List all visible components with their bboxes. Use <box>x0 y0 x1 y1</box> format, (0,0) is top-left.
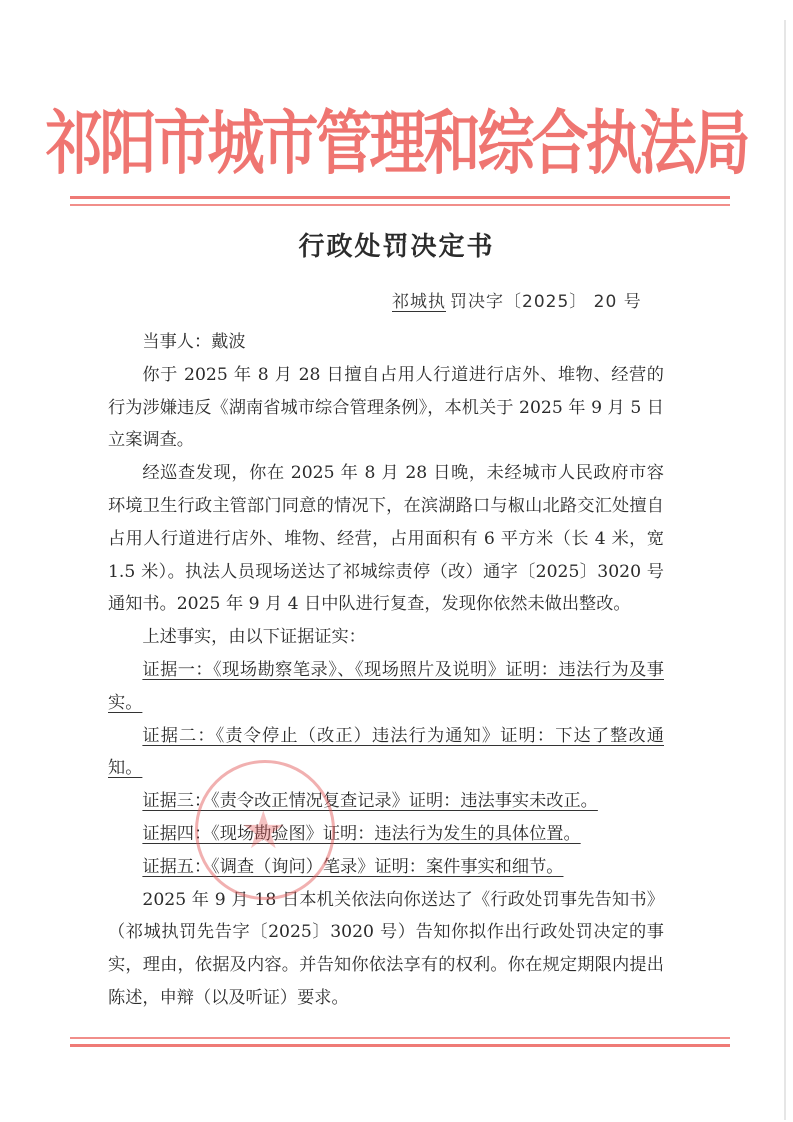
paragraph-facts: 经巡查发现，你在 2025 年 8 月 28 日晚，未经城市人民政府市容环境卫生… <box>108 457 664 621</box>
document-number-prefix: 祁城执 <box>388 292 450 312</box>
evidence-item: 证据三：《责令改正情况复查记录》证明：违法事实未改正。 <box>108 785 664 818</box>
evidence-item: 证据一：《现场勘察笔录》、《现场照片及说明》证明：违法行为及事实。 <box>108 654 664 720</box>
organization-header: 祁阳市城市管理和综合执法局 <box>0 100 793 188</box>
header-rule-bottom <box>70 204 730 206</box>
paragraph-prior-notice: 2025 年 9 月 18 日本机关依法向你送达了《行政处罚事先告知书》（祁城执… <box>108 884 664 1015</box>
footer-rule-bottom <box>70 1044 730 1047</box>
evidence-item: 证据四：《现场勘验图》证明：违法行为发生的具体位置。 <box>108 818 664 851</box>
document-page: 祁阳市城市管理和综合执法局 行政处罚决定书 祁城执罚决字〔2025〕 20 号 … <box>0 0 793 1122</box>
document-title: 行政处罚决定书 <box>0 226 793 263</box>
footer-rule-top <box>70 1037 730 1039</box>
party-line: 当事人：戴波 <box>108 326 664 359</box>
paragraph-evidence-intro: 上述事实，由以下证据证实： <box>108 621 664 654</box>
document-number-rest: 罚决字〔2025〕 20 号 <box>450 292 642 312</box>
header-rule-top <box>70 196 730 199</box>
evidence-item: 证据五：《调查（询问）笔录》证明：案件事实和细节。 <box>108 851 664 884</box>
document-number: 祁城执罚决字〔2025〕 20 号 <box>388 287 642 312</box>
paragraph-case-filing: 你于 2025 年 8 月 28 日擅自占用人行道进行店外、堆物、经营的行为涉嫌… <box>108 359 664 457</box>
document-body: 当事人：戴波 你于 2025 年 8 月 28 日擅自占用人行道进行店外、堆物、… <box>108 326 664 1015</box>
official-seal-stamp <box>195 760 335 900</box>
evidence-item: 证据二：《责令停止（改正）违法行为通知》证明：下达了整改通知。 <box>108 720 664 786</box>
